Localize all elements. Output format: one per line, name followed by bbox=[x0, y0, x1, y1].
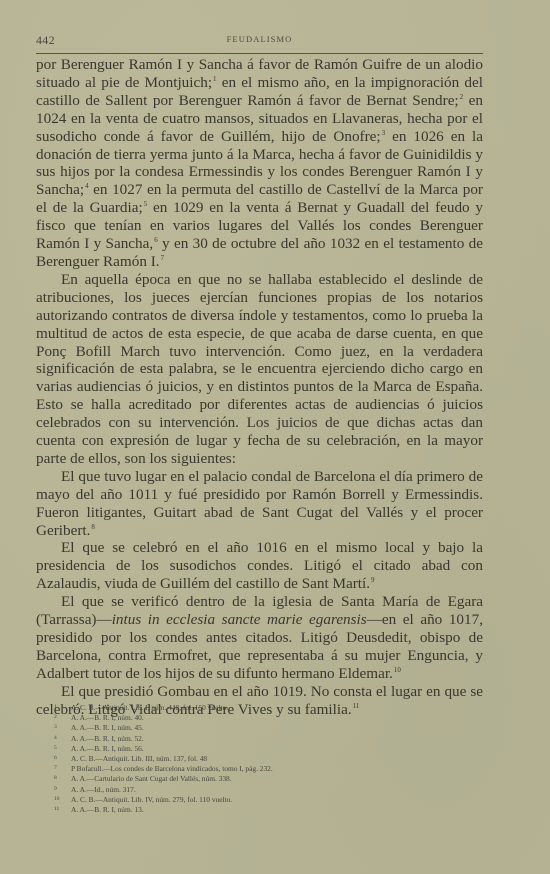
footnote-text: P Bofarull.—Los condes de Barcelona vind… bbox=[71, 764, 273, 774]
paragraph-judges: En aquella época en que no se hallaba es… bbox=[36, 271, 483, 468]
main-text: por Berenguer Ramón I y Sancha á favor d… bbox=[36, 56, 483, 719]
header-rule bbox=[36, 53, 483, 54]
footnote-text: A. A.—Id., núm. 317. bbox=[71, 785, 136, 795]
footnote-ref[interactable]: 8 bbox=[91, 523, 95, 531]
footnote-text: A. A.—B. R. I, núm. 13. bbox=[71, 805, 144, 815]
paragraph-continuation: por Berenguer Ramón I y Sancha á favor d… bbox=[36, 56, 483, 271]
footnote-number: 10 bbox=[54, 794, 66, 804]
footnote-item: 1A. C. B.—Antiquit. Lib. I, núm. 448, fo… bbox=[54, 703, 454, 713]
footnote-number: 5 bbox=[54, 743, 66, 753]
footnote-ref[interactable]: 7 bbox=[161, 254, 165, 262]
footnote-number: 2 bbox=[54, 712, 66, 722]
footnote-item: 3A. A.—B. R. I, núm. 45. bbox=[54, 723, 454, 733]
footnote-number: 4 bbox=[54, 733, 66, 743]
paragraph-trial-1016: El que se celebró en el año 1016 en el m… bbox=[36, 539, 483, 593]
footnote-text: A. A.—B. R. I, núm. 52. bbox=[71, 734, 144, 744]
footnotes: 1A. C. B.—Antiquit. Lib. I, núm. 448, fo… bbox=[54, 703, 454, 815]
footnote-text: A. A.—B. R. I, núm. 45. bbox=[71, 723, 144, 733]
footnote-number: 3 bbox=[54, 722, 66, 732]
running-title: FEUDALISMO bbox=[36, 34, 483, 44]
footnote-text: A. A.—B. R. I, núm. 40. bbox=[71, 713, 144, 723]
footnote-item: 10A. C. B.—Antiquit. Lib. IV, núm. 279, … bbox=[54, 795, 454, 805]
footnote-text: A. C. B.—Antiquit. Lib. III, núm. 137, f… bbox=[71, 754, 207, 764]
latin-quote: intus in ecclesia sancte marie egarensis bbox=[112, 611, 367, 628]
footnote-item: 4A. A.—B. R. I, núm. 52. bbox=[54, 734, 454, 744]
footnote-text: A. A.—B. R. I, núm. 56. bbox=[71, 744, 144, 754]
footnote-number: 6 bbox=[54, 753, 66, 763]
footnote-number: 1 bbox=[54, 702, 66, 712]
footnote-item: 7P Bofarull.—Los condes de Barcelona vin… bbox=[54, 764, 454, 774]
footnote-number: 8 bbox=[54, 773, 66, 783]
paragraph-trial-1017: El que se verificó dentro de la iglesia … bbox=[36, 593, 483, 683]
footnote-item: 9A. A.—Id., núm. 317. bbox=[54, 785, 454, 795]
footnote-item: 2A. A.—B. R. I, núm. 40. bbox=[54, 713, 454, 723]
footnote-item: 8A. A.—Cartulario de Sant Cugat del Vall… bbox=[54, 774, 454, 784]
running-head: 442 FEUDALISMO bbox=[36, 33, 483, 47]
footnote-number: 9 bbox=[54, 784, 66, 794]
footnote-ref[interactable]: 9 bbox=[371, 576, 375, 584]
footnote-number: 7 bbox=[54, 763, 66, 773]
footnote-item: 6A. C. B.—Antiquit. Lib. III, núm. 137, … bbox=[54, 754, 454, 764]
paragraph-trial-1011: El que tuvo lugar en el palacio condal d… bbox=[36, 468, 483, 540]
footnote-text: A. C. B.—Antiquit. Lib. IV, núm. 279, fo… bbox=[71, 795, 232, 805]
footnote-text: A. A.—Cartulario de Sant Cugat del Vallé… bbox=[71, 774, 232, 784]
footnote-ref[interactable]: 10 bbox=[394, 666, 401, 674]
book-page: 442 FEUDALISMO por Berenguer Ramón I y S… bbox=[0, 0, 550, 874]
footnote-number: 11 bbox=[54, 804, 66, 814]
footnote-text: A. C. B.—Antiquit. Lib. I, núm. 448, fol… bbox=[71, 703, 228, 713]
footnote-item: 11A. A.—B. R. I, núm. 13. bbox=[54, 805, 454, 815]
footnote-item: 5A. A.—B. R. I, núm. 56. bbox=[54, 744, 454, 754]
